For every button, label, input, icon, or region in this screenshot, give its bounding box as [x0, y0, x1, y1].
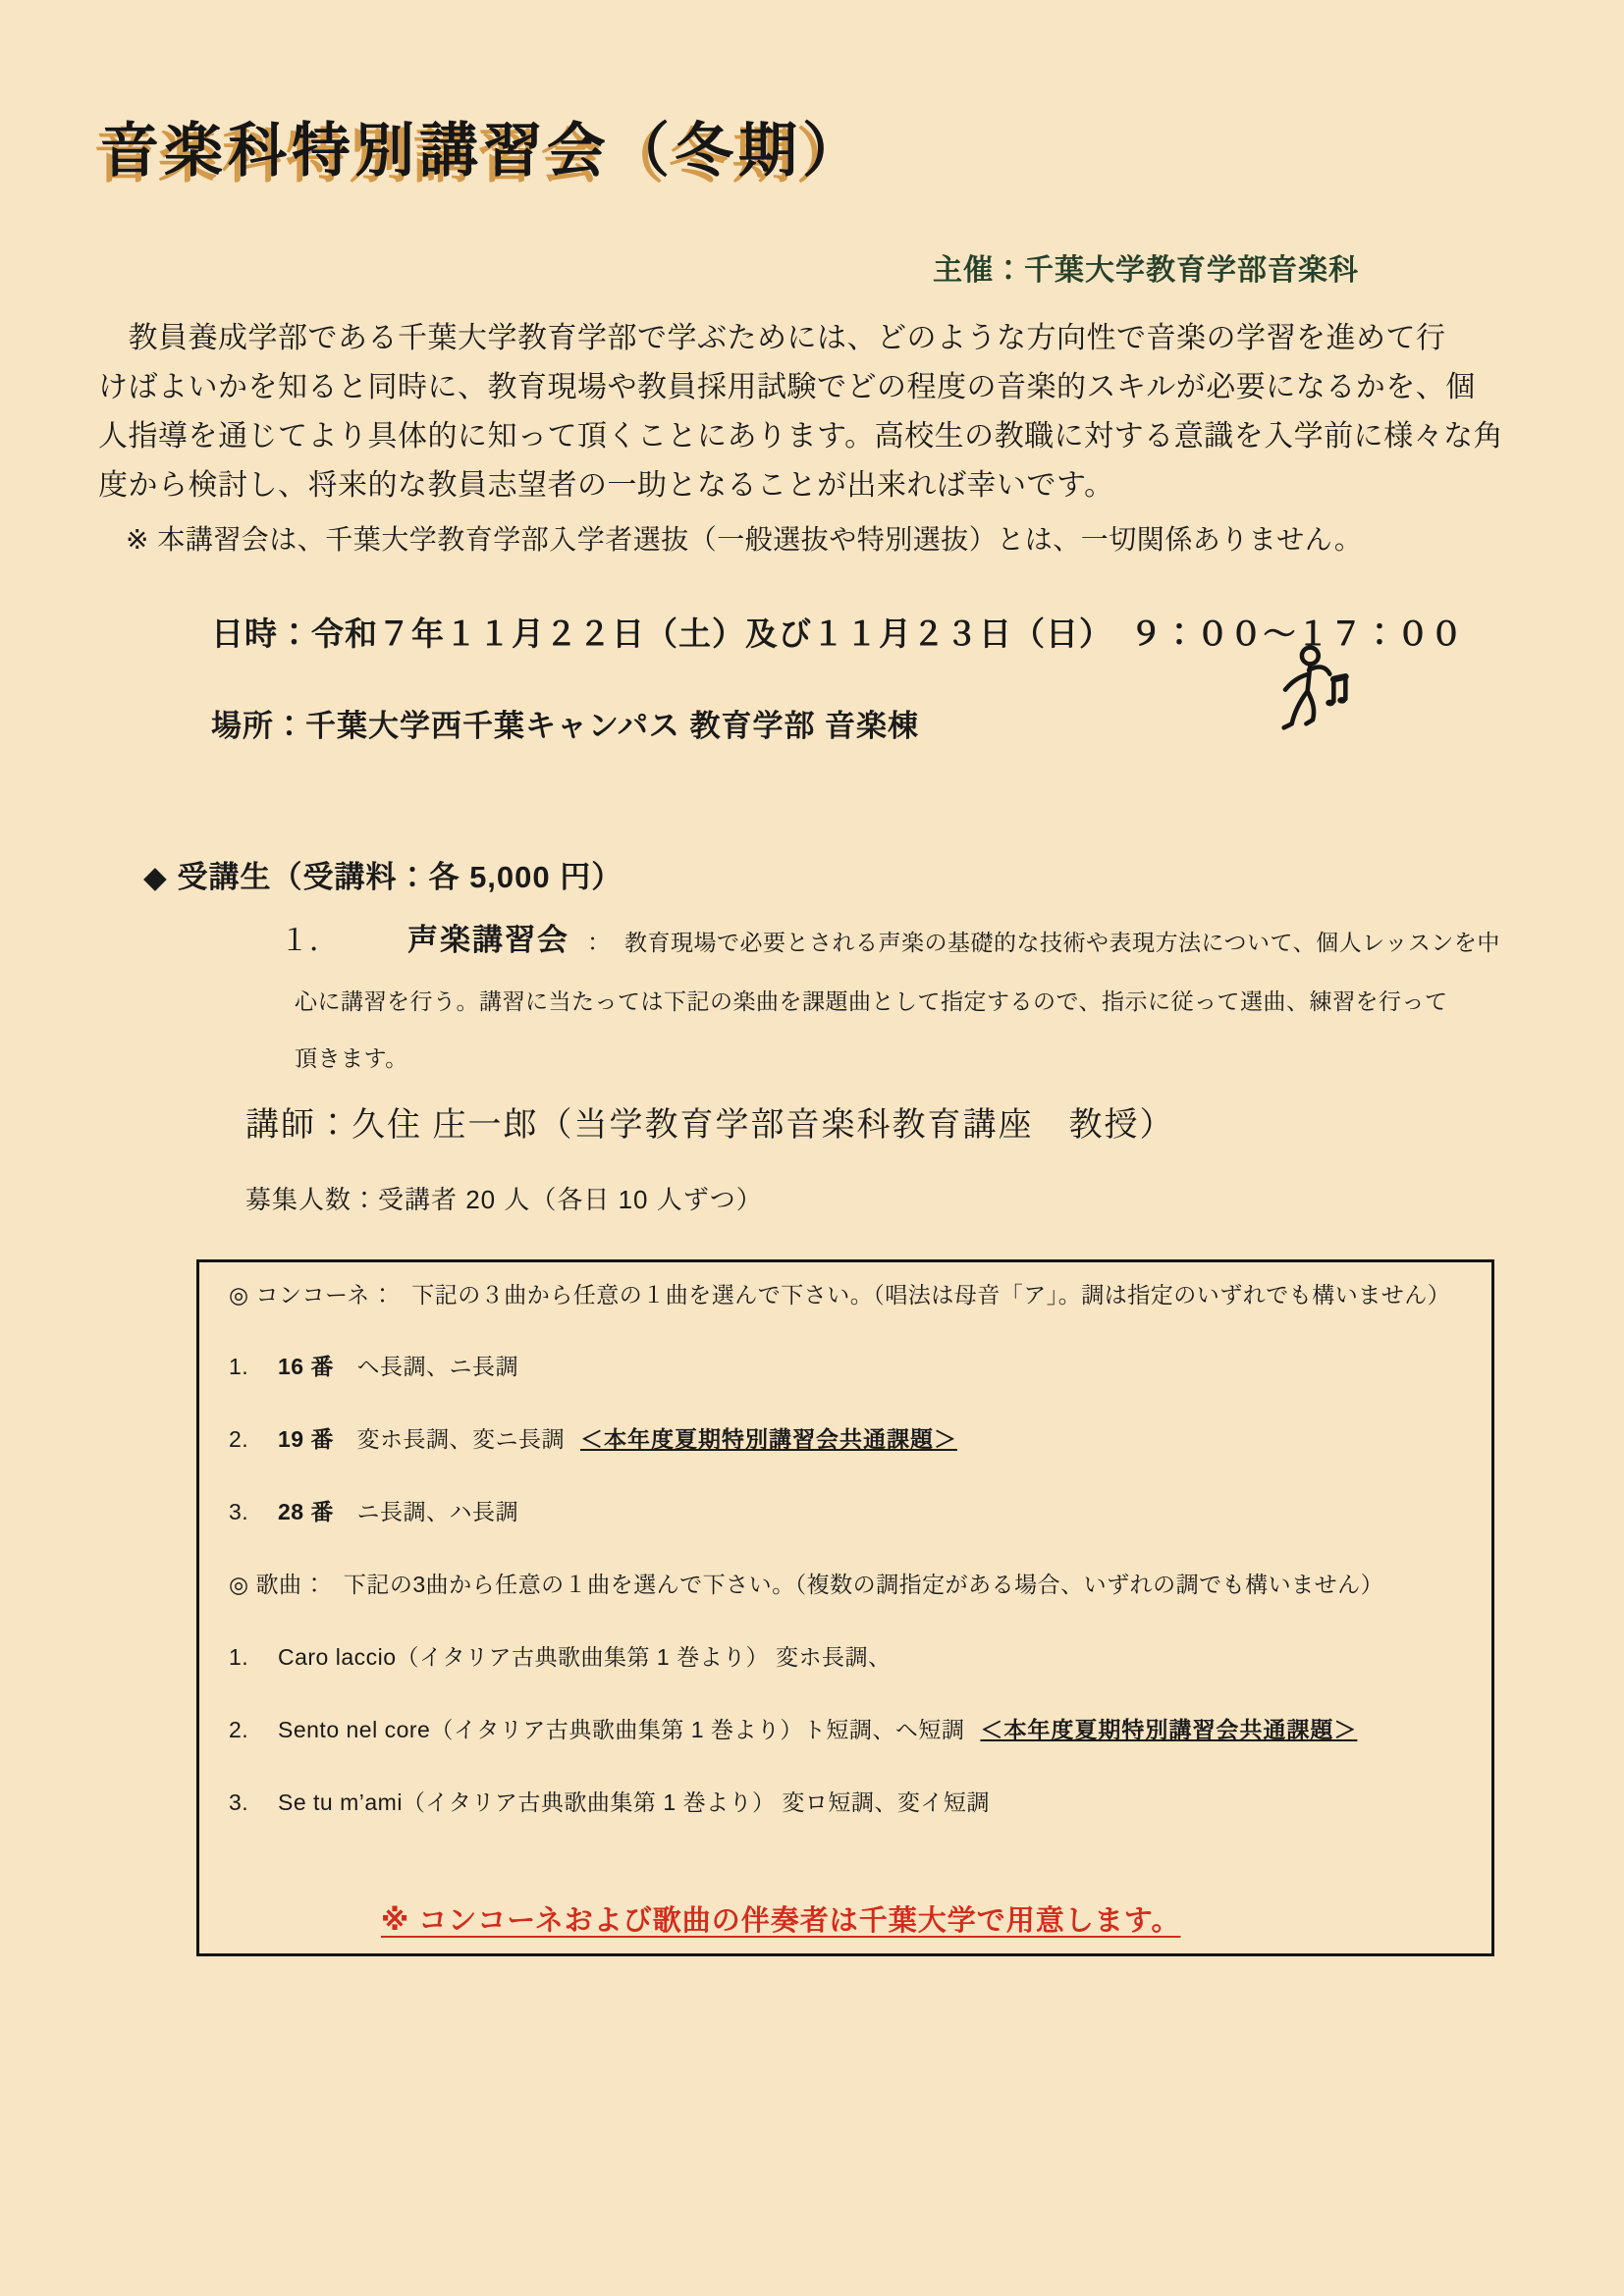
song-item: 3.Se tu m’ami（イタリア古典歌曲集第 1 巻より） 変ロ短調、変イ短…: [229, 1785, 1005, 1817]
item-number: 1.: [229, 1644, 250, 1671]
item-piece: 19 番: [278, 1426, 334, 1452]
song-title: Sento nel core（イタリア古典歌曲集第 1 巻より）ト短調、ヘ短調: [278, 1717, 964, 1742]
intro-line: けばよいかを知ると同時に、教育現場や教員採用試験でどの程度の音楽的スキルが必要に…: [98, 363, 1503, 412]
item-number: 2.: [229, 1426, 250, 1453]
capacity-line: 募集人数：受講者 20 人（各日 10 人ずつ）: [245, 1180, 763, 1216]
intro-paragraph: 教員養成学部である千葉大学教育学部で学ぶためには、どのような方向性で音楽の学習を…: [98, 314, 1503, 510]
item-piece: 16 番: [278, 1354, 334, 1379]
exam-disclaimer: ※ 本講習会は、千葉大学教育学部入学者選抜（一般選抜や特別選抜）とは、一切関係あ…: [126, 518, 1362, 558]
common-task-tag: ＜本年度夏期特別講習会共通課題＞: [580, 1426, 957, 1452]
item-piece: 28 番: [278, 1499, 334, 1524]
intro-line: 人指導を通じてより具体的に知って頂くことにあります。高校生の教職に対する意識を入…: [98, 412, 1503, 461]
accompanist-note: ※ コンコーネおよび歌曲の伴奏者は千葉大学で用意します。: [381, 1898, 1180, 1939]
item-number: 2.: [229, 1717, 250, 1743]
course-heading-line: １． 声楽講習会 ： 教育現場で必要とされる声楽の基礎的な技術や表現方法について…: [280, 915, 1500, 959]
intro-line: 度から検討し、将来的な教員志望者の一助となることが出来れば幸いです。: [98, 461, 1503, 510]
concone-item: 1.16 番 ヘ長調、ニ長調: [229, 1349, 534, 1381]
page-title: 音楽科特別講習会（冬期）: [100, 104, 866, 188]
course-desc-line1: 教育現場で必要とされる声楽の基礎的な技術や表現方法について、個人レッスンを中: [624, 925, 1500, 957]
concone-item: 3.28 番 ニ長調、ハ長調: [229, 1494, 534, 1526]
lecturer-line: 講師：久住 庄一郎（当学教育学部音楽科教育講座 教授）: [245, 1097, 1175, 1146]
common-task-tag: ＜本年度夏期特別講習会共通課題＞: [980, 1717, 1357, 1742]
dancing-person-music-note-icon: [1271, 644, 1355, 738]
item-number: 3.: [229, 1499, 250, 1525]
item-number: 1.: [229, 1354, 250, 1380]
flyer-page: 音楽科特別講習会（冬期） 主催：千葉大学教育学部音楽科 教員養成学部である千葉大…: [0, 0, 1624, 2296]
song-item: 2.Sento nel core（イタリア古典歌曲集第 1 巻より）ト短調、ヘ短…: [229, 1712, 1357, 1744]
course-colon: ：: [587, 923, 611, 957]
song-heading: ◎ 歌曲 ： 下記の3曲から任意の１曲を選んで下さい。（複数の調指定がある場合、…: [229, 1567, 1383, 1599]
concone-item: 2.19 番 変ホ長調、変ニ長調＜本年度夏期特別講習会共通課題＞: [229, 1421, 957, 1454]
item-keys: ヘ長調、ニ長調: [334, 1354, 518, 1379]
organizer-line: 主催：千葉大学教育学部音楽科: [933, 245, 1359, 289]
course-number: １．: [280, 916, 339, 959]
song-title: Se tu m’ami（イタリア古典歌曲集第 1 巻より） 変ロ短調、変イ短調: [278, 1789, 990, 1815]
item-keys: ニ長調、ハ長調: [334, 1499, 518, 1524]
course-desc-line3: 頂きます。: [295, 1041, 408, 1073]
course-desc-line2: 心に講習を行う。講習に当たっては下記の楽曲を課題曲として指定するので、指示に従っ…: [295, 984, 1448, 1016]
concone-heading: ◎ コンコーネ ： 下記の３曲から任意の１曲を選んで下さい。（唱法は母音「ア」。…: [229, 1277, 1450, 1309]
place-line: 場所：千葉大学西千葉キャンパス 教育学部 音楽棟: [211, 701, 919, 745]
intro-line: 教員養成学部である千葉大学教育学部で学ぶためには、どのような方向性で音楽の学習を…: [98, 314, 1503, 363]
song-item: 1.Caro laccio（イタリア古典歌曲集第 1 巻より） 変ホ長調、: [229, 1639, 907, 1672]
students-heading: ◆ 受講生（受講料：各 5,000 円）: [143, 852, 623, 896]
item-number: 3.: [229, 1789, 250, 1816]
repertoire-box: ◎ コンコーネ ： 下記の３曲から任意の１曲を選んで下さい。（唱法は母音「ア」。…: [196, 1259, 1494, 1956]
song-title: Caro laccio（イタリア古典歌曲集第 1 巻より） 変ホ長調、: [278, 1644, 892, 1670]
course-name: 声楽講習会: [407, 915, 569, 959]
item-keys: 変ホ長調、変ニ長調: [334, 1426, 565, 1452]
